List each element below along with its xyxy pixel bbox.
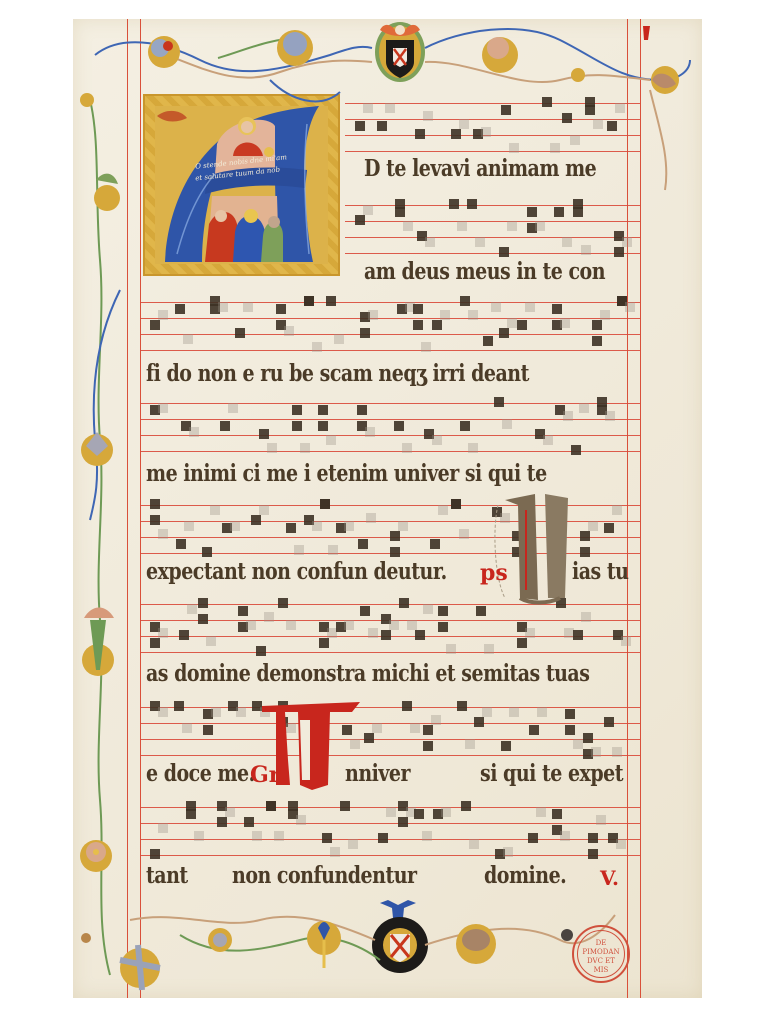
show-through-neume	[334, 334, 344, 344]
neume	[358, 539, 368, 549]
neume	[342, 725, 352, 735]
staff-line	[140, 855, 640, 856]
neume	[276, 304, 286, 314]
lyric-line: fi do non e ru be scam neqʒ irri deant	[146, 360, 529, 388]
neume	[460, 296, 470, 306]
show-through-neume	[385, 103, 395, 113]
show-through-neume	[368, 628, 378, 638]
neume	[150, 849, 160, 859]
show-through-neume	[366, 513, 376, 523]
show-through-neume	[260, 707, 270, 717]
neume	[430, 539, 440, 549]
neume	[266, 801, 276, 811]
neume	[476, 606, 486, 616]
show-through-neume	[398, 521, 408, 531]
staff-line	[140, 823, 640, 824]
neume	[307, 749, 317, 759]
neume	[175, 304, 185, 314]
lyric-line: D te levavi animam me	[364, 155, 596, 183]
neume	[413, 320, 423, 330]
show-through-neume	[605, 411, 615, 421]
show-through-neume	[422, 831, 432, 841]
show-through-neume	[543, 435, 553, 445]
show-through-neume	[183, 334, 193, 344]
show-through-neume	[158, 310, 168, 320]
neume	[278, 701, 288, 711]
show-through-neume	[484, 644, 494, 654]
show-through-neume	[230, 521, 240, 531]
show-through-neume	[246, 620, 256, 630]
neume	[451, 499, 461, 509]
neume	[390, 531, 400, 541]
staff-line	[140, 403, 640, 404]
ruling-line-right-inner	[627, 19, 628, 998]
show-through-neume	[563, 411, 573, 421]
neume	[355, 121, 365, 131]
show-through-neume	[469, 839, 479, 849]
lyric-line: as domine demonstra michi et semitas tua…	[146, 660, 589, 688]
show-through-neume	[622, 237, 632, 247]
lyric-line: e doce me.	[146, 760, 255, 788]
show-through-neume	[312, 521, 322, 531]
show-through-neume	[259, 505, 269, 515]
show-through-neume	[344, 521, 354, 531]
show-through-neume	[509, 707, 519, 717]
neume	[474, 717, 484, 727]
neume	[186, 801, 196, 811]
neume	[529, 725, 539, 735]
staff-line	[140, 755, 640, 756]
lyric-line: me inimi ci me i etenim univer si qui te	[146, 460, 547, 488]
neume	[318, 405, 328, 415]
neume	[571, 445, 581, 455]
neume	[501, 105, 511, 115]
show-through-neume	[570, 135, 580, 145]
letter-a-illumination	[157, 104, 322, 264]
show-through-neume	[440, 310, 450, 320]
neume	[449, 199, 459, 209]
neume	[395, 199, 405, 209]
ruling-line-right-outer	[640, 19, 641, 998]
neume	[377, 121, 387, 131]
show-through-neume	[286, 620, 296, 630]
neume	[217, 817, 227, 827]
show-through-neume	[446, 644, 456, 654]
neume	[390, 547, 400, 557]
show-through-neume	[363, 205, 373, 215]
neume	[244, 817, 254, 827]
neume	[292, 421, 302, 431]
neume	[512, 547, 522, 557]
neume	[319, 638, 329, 648]
neume	[360, 328, 370, 338]
neume	[565, 709, 575, 719]
neume	[378, 833, 388, 843]
show-through-neume	[520, 537, 530, 547]
neume	[438, 606, 448, 616]
neume	[413, 304, 423, 314]
neume	[528, 833, 538, 843]
neume	[552, 809, 562, 819]
show-through-neume	[158, 403, 168, 413]
neume	[483, 336, 493, 346]
show-through-neume	[182, 723, 192, 733]
neume	[423, 725, 433, 735]
show-through-neume	[625, 302, 635, 312]
lyric-line: domine.	[484, 862, 566, 890]
show-through-neume	[194, 831, 204, 841]
show-through-neume	[459, 529, 469, 539]
show-through-neume	[441, 807, 451, 817]
staff-line	[140, 435, 640, 436]
show-through-neume	[189, 427, 199, 437]
show-through-neume	[300, 443, 310, 453]
neume	[597, 397, 607, 407]
neume	[381, 630, 391, 640]
neume	[220, 421, 230, 431]
show-through-neume	[475, 237, 485, 247]
show-through-neume	[274, 831, 284, 841]
show-through-neume	[507, 221, 517, 231]
show-through-neume	[591, 747, 601, 757]
neume	[357, 405, 367, 415]
neume	[179, 630, 189, 640]
neume	[501, 741, 511, 751]
neume	[398, 817, 408, 827]
neume	[592, 320, 602, 330]
show-through-neume	[593, 119, 603, 129]
show-through-neume	[438, 505, 448, 515]
neume	[150, 515, 160, 525]
neume	[499, 328, 509, 338]
show-through-neume	[402, 443, 412, 453]
neume	[461, 801, 471, 811]
stamp-inner-ring	[577, 930, 625, 978]
show-through-neume	[468, 443, 478, 453]
show-through-neume	[535, 221, 545, 231]
neume	[423, 741, 433, 751]
show-through-neume	[328, 545, 338, 555]
show-through-neume	[560, 831, 570, 841]
show-through-neume	[363, 103, 373, 113]
show-through-neume	[210, 505, 220, 515]
neume	[552, 304, 562, 314]
show-through-neume	[187, 604, 197, 614]
neume	[414, 809, 424, 819]
staff-line	[140, 334, 640, 335]
show-through-neume	[294, 545, 304, 555]
show-through-neume	[330, 847, 340, 857]
neume	[432, 320, 442, 330]
neume	[499, 247, 509, 257]
show-through-neume	[410, 723, 420, 733]
neume	[604, 717, 614, 727]
staff-line	[140, 723, 640, 724]
show-through-neume	[468, 310, 478, 320]
neume	[259, 429, 269, 439]
show-through-neume	[423, 604, 433, 614]
neume	[364, 733, 374, 743]
show-through-neume	[284, 326, 294, 336]
neume	[573, 630, 583, 640]
neume	[592, 336, 602, 346]
neume	[562, 113, 572, 123]
neume	[585, 97, 595, 107]
show-through-neume	[525, 628, 535, 638]
show-through-neume	[158, 823, 168, 833]
neume	[399, 598, 409, 608]
show-through-neume	[500, 513, 510, 523]
lyric-line: si qui te expet	[480, 760, 623, 788]
show-through-neume	[243, 302, 253, 312]
neume	[322, 833, 332, 843]
show-through-neume	[421, 342, 431, 352]
neume	[202, 547, 212, 557]
staff-line	[345, 253, 640, 254]
neume	[307, 733, 317, 743]
show-through-neume	[312, 342, 322, 352]
show-through-neume	[158, 628, 168, 638]
lyric-line: nniver	[345, 760, 410, 788]
rubric-ps: ps	[480, 560, 508, 586]
show-through-neume	[482, 707, 492, 717]
neume	[238, 606, 248, 616]
staff-line	[140, 739, 640, 740]
neume	[402, 701, 412, 711]
show-through-neume	[573, 739, 583, 749]
show-through-neume	[581, 612, 591, 622]
show-through-neume	[252, 831, 262, 841]
neume	[415, 630, 425, 640]
neume	[355, 215, 365, 225]
neume	[174, 701, 184, 711]
historiated-initial-a: O stende nobis dne mi'am et salutare tuu…	[143, 94, 340, 276]
neume	[203, 725, 213, 735]
ruling-line-left-outer	[127, 19, 128, 998]
show-through-neume	[432, 435, 442, 445]
neume	[457, 701, 467, 711]
staff-line	[140, 652, 640, 653]
show-through-neume	[536, 807, 546, 817]
show-through-neume	[228, 403, 238, 413]
show-through-neume	[481, 127, 491, 137]
show-through-neume	[502, 419, 512, 429]
neume	[360, 606, 370, 616]
neume	[394, 421, 404, 431]
show-through-neume	[616, 839, 626, 849]
show-through-neume	[236, 707, 246, 717]
show-through-neume	[562, 237, 572, 247]
neume	[451, 129, 461, 139]
show-through-neume	[457, 221, 467, 231]
staff-line	[140, 350, 640, 351]
show-through-neume	[507, 318, 517, 328]
staff-line	[345, 221, 640, 222]
collector-stamp: DE PIMODAN DVC ET MIS	[572, 925, 630, 983]
staff-line	[345, 237, 640, 238]
show-through-neume	[403, 221, 413, 231]
neume	[288, 801, 298, 811]
neume	[150, 638, 160, 648]
show-through-neume	[365, 427, 375, 437]
neume	[320, 499, 330, 509]
neume	[494, 397, 504, 407]
show-through-neume	[491, 302, 501, 312]
show-through-neume	[503, 847, 513, 857]
neume	[573, 199, 583, 209]
neume	[542, 97, 552, 107]
show-through-neume	[537, 707, 547, 717]
show-through-neume	[612, 747, 622, 757]
show-through-neume	[296, 815, 306, 825]
show-through-neume	[389, 620, 399, 630]
show-through-neume	[615, 103, 625, 113]
show-through-neume	[581, 245, 591, 255]
show-through-neume	[554, 505, 564, 515]
show-through-neume	[509, 143, 519, 153]
show-through-neume	[621, 636, 631, 646]
neume	[286, 523, 296, 533]
show-through-neume	[612, 505, 622, 515]
neume	[198, 614, 208, 624]
neume	[150, 320, 160, 330]
neume	[278, 598, 288, 608]
neume	[580, 531, 590, 541]
neume	[340, 801, 350, 811]
show-through-neume	[588, 521, 598, 531]
show-through-neume	[158, 707, 168, 717]
rubric-versus: V.	[600, 866, 619, 890]
neume	[438, 622, 448, 632]
staff-line	[345, 205, 640, 206]
show-through-neume	[368, 310, 378, 320]
lyric-line: expectant non confun deutur.	[146, 558, 447, 586]
ruling-line-left-inner	[140, 19, 141, 998]
neume	[235, 328, 245, 338]
neume	[150, 499, 160, 509]
neume	[604, 523, 614, 533]
show-through-neume	[218, 302, 228, 312]
neume	[527, 207, 537, 217]
show-through-neume	[372, 723, 382, 733]
neume	[256, 646, 266, 656]
lyric-ps-continuation: ias tu	[572, 558, 628, 586]
neume	[198, 598, 208, 608]
show-through-neume	[600, 310, 610, 320]
staff-line	[140, 451, 640, 452]
neume	[607, 121, 617, 131]
show-through-neume	[286, 723, 296, 733]
show-through-neume	[423, 111, 433, 121]
show-through-neume	[315, 723, 325, 733]
neume	[554, 207, 564, 217]
show-through-neume	[264, 612, 274, 622]
neume	[460, 421, 470, 431]
rubric-gr: Gr.	[250, 762, 286, 788]
show-through-neume	[184, 521, 194, 531]
show-through-neume	[344, 620, 354, 630]
show-through-neume	[425, 237, 435, 247]
neume	[304, 296, 314, 306]
show-through-neume	[407, 620, 417, 630]
neume	[583, 733, 593, 743]
show-through-neume	[206, 636, 216, 646]
staff-line	[345, 151, 640, 152]
neume	[580, 547, 590, 557]
show-through-neume	[465, 739, 475, 749]
neume	[326, 296, 336, 306]
show-through-neume	[560, 318, 570, 328]
show-through-neume	[386, 807, 396, 817]
neume	[517, 638, 527, 648]
show-through-neume	[459, 119, 469, 129]
staff-line	[140, 521, 640, 522]
show-through-neume	[350, 739, 360, 749]
show-through-neume	[158, 529, 168, 539]
neume	[415, 129, 425, 139]
neume	[176, 539, 186, 549]
neume	[467, 199, 477, 209]
neume	[556, 598, 566, 608]
show-through-neume	[348, 839, 358, 849]
show-through-neume	[211, 707, 221, 717]
show-through-neume	[326, 435, 336, 445]
show-through-neume	[596, 815, 606, 825]
neume	[318, 421, 328, 431]
show-through-neume	[579, 403, 589, 413]
neume	[614, 247, 624, 257]
lyric-line: non confundentur	[232, 862, 417, 890]
staff-line	[345, 135, 640, 136]
lyric-line: tant	[146, 862, 188, 890]
neume	[251, 515, 261, 525]
show-through-neume	[431, 715, 441, 725]
lyric-line: am deus meus in te con	[364, 258, 605, 286]
show-through-neume	[525, 302, 535, 312]
neume	[588, 833, 598, 843]
show-through-neume	[225, 807, 235, 817]
neume	[565, 725, 575, 735]
show-through-neume	[267, 443, 277, 453]
neume	[517, 320, 527, 330]
show-through-neume	[550, 143, 560, 153]
neume	[292, 405, 302, 415]
neume	[588, 849, 598, 859]
